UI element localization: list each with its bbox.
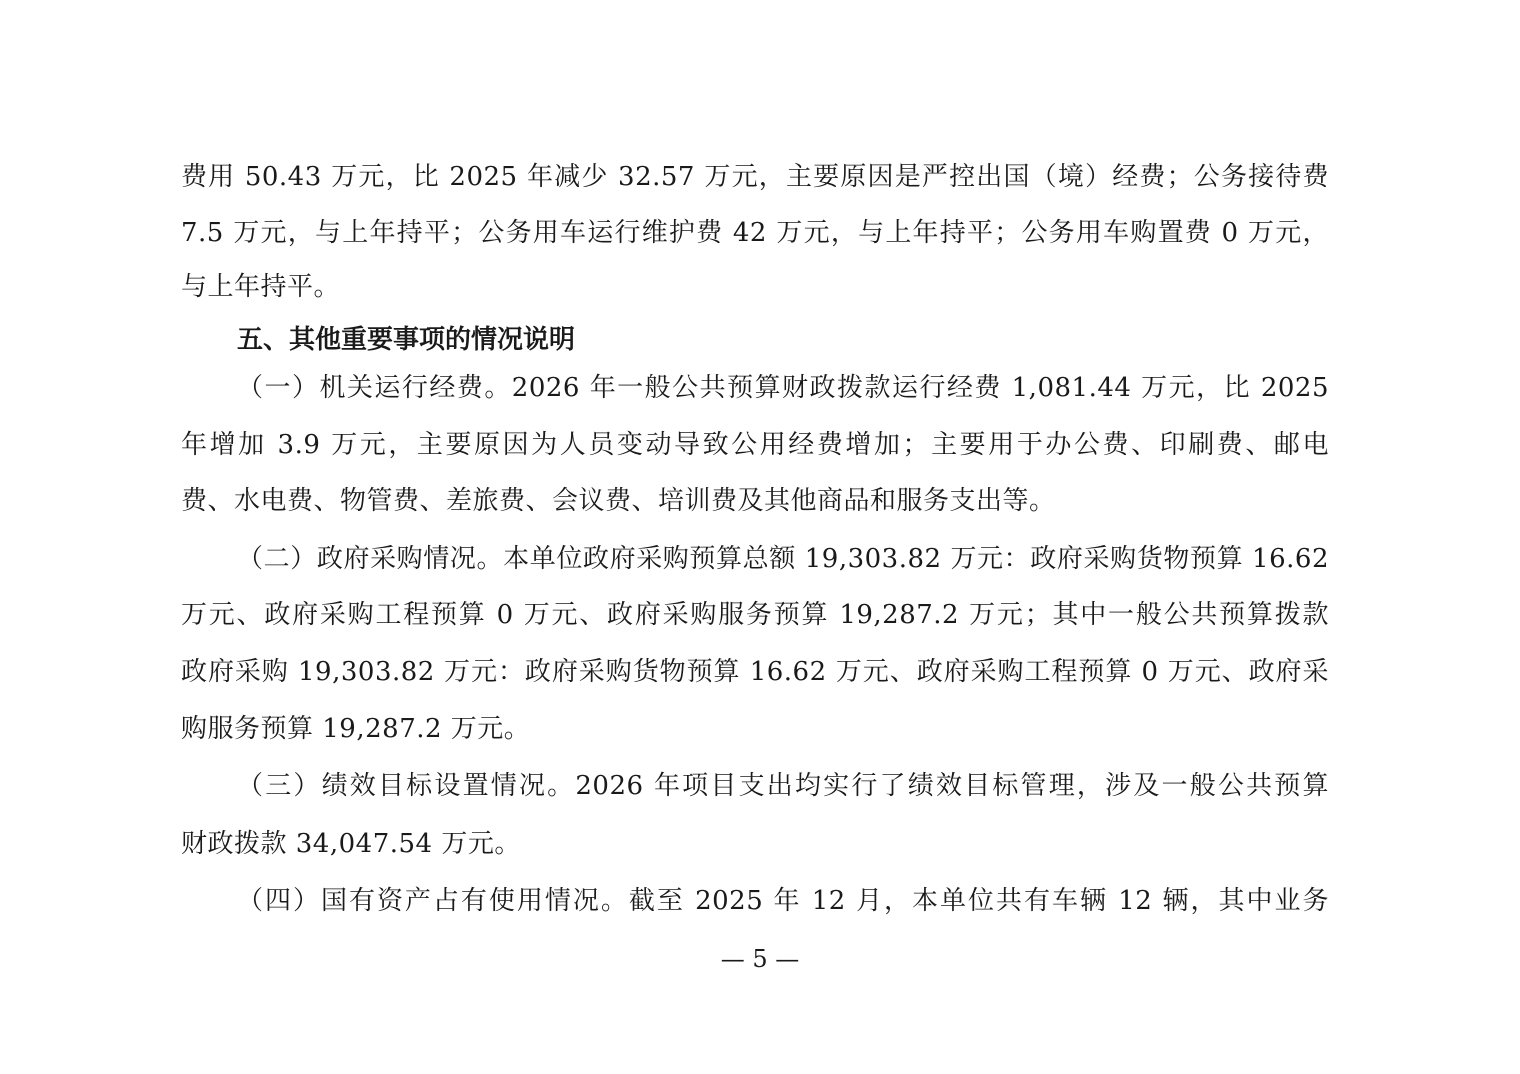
paragraph-line: 财政拨款 34,047.54 万元。 bbox=[181, 829, 1329, 859]
section-heading: 五、其他重要事项的情况说明 bbox=[237, 325, 575, 355]
paragraph-line: 政府采购 19,303.82 万元：政府采购货物预算 16.62 万元、政府采购… bbox=[181, 657, 1329, 687]
paragraph-line: （一）机关运行经费。2026 年一般公共预算财政拨款运行经费 1,081.44 … bbox=[237, 373, 1329, 403]
paragraph-line: 购服务预算 19,287.2 万元。 bbox=[181, 714, 1329, 744]
paragraph-line: （三）绩效目标设置情况。2026 年项目支出均实行了绩效目标管理，涉及一般公共预… bbox=[237, 771, 1329, 801]
paragraph-line: 年增加 3.9 万元，主要原因为人员变动导致公用经费增加；主要用于办公费、印刷费… bbox=[181, 430, 1329, 460]
paragraph-line: （四）国有资产占有使用情况。截至 2025 年 12 月，本单位共有车辆 12 … bbox=[237, 886, 1329, 916]
paragraph-line: 费、水电费、物管费、差旅费、会议费、培训费及其他商品和服务支出等。 bbox=[181, 486, 1329, 516]
document-page: 费用 50.43 万元，比 2025 年减少 32.57 万元，主要原因是严控出… bbox=[0, 0, 1520, 1074]
paragraph-line: 7.5 万元，与上年持平；公务用车运行维护费 42 万元，与上年持平；公务用车购… bbox=[181, 218, 1329, 248]
page-number: — 5 — bbox=[0, 944, 1520, 974]
paragraph-line: 费用 50.43 万元，比 2025 年减少 32.57 万元，主要原因是严控出… bbox=[181, 162, 1329, 192]
paragraph-line: 万元、政府采购工程预算 0 万元、政府采购服务预算 19,287.2 万元；其中… bbox=[181, 600, 1329, 630]
paragraph-line: （二）政府采购情况。本单位政府采购预算总额 19,303.82 万元：政府采购货… bbox=[237, 544, 1329, 574]
paragraph-line: 与上年持平。 bbox=[181, 272, 1329, 302]
